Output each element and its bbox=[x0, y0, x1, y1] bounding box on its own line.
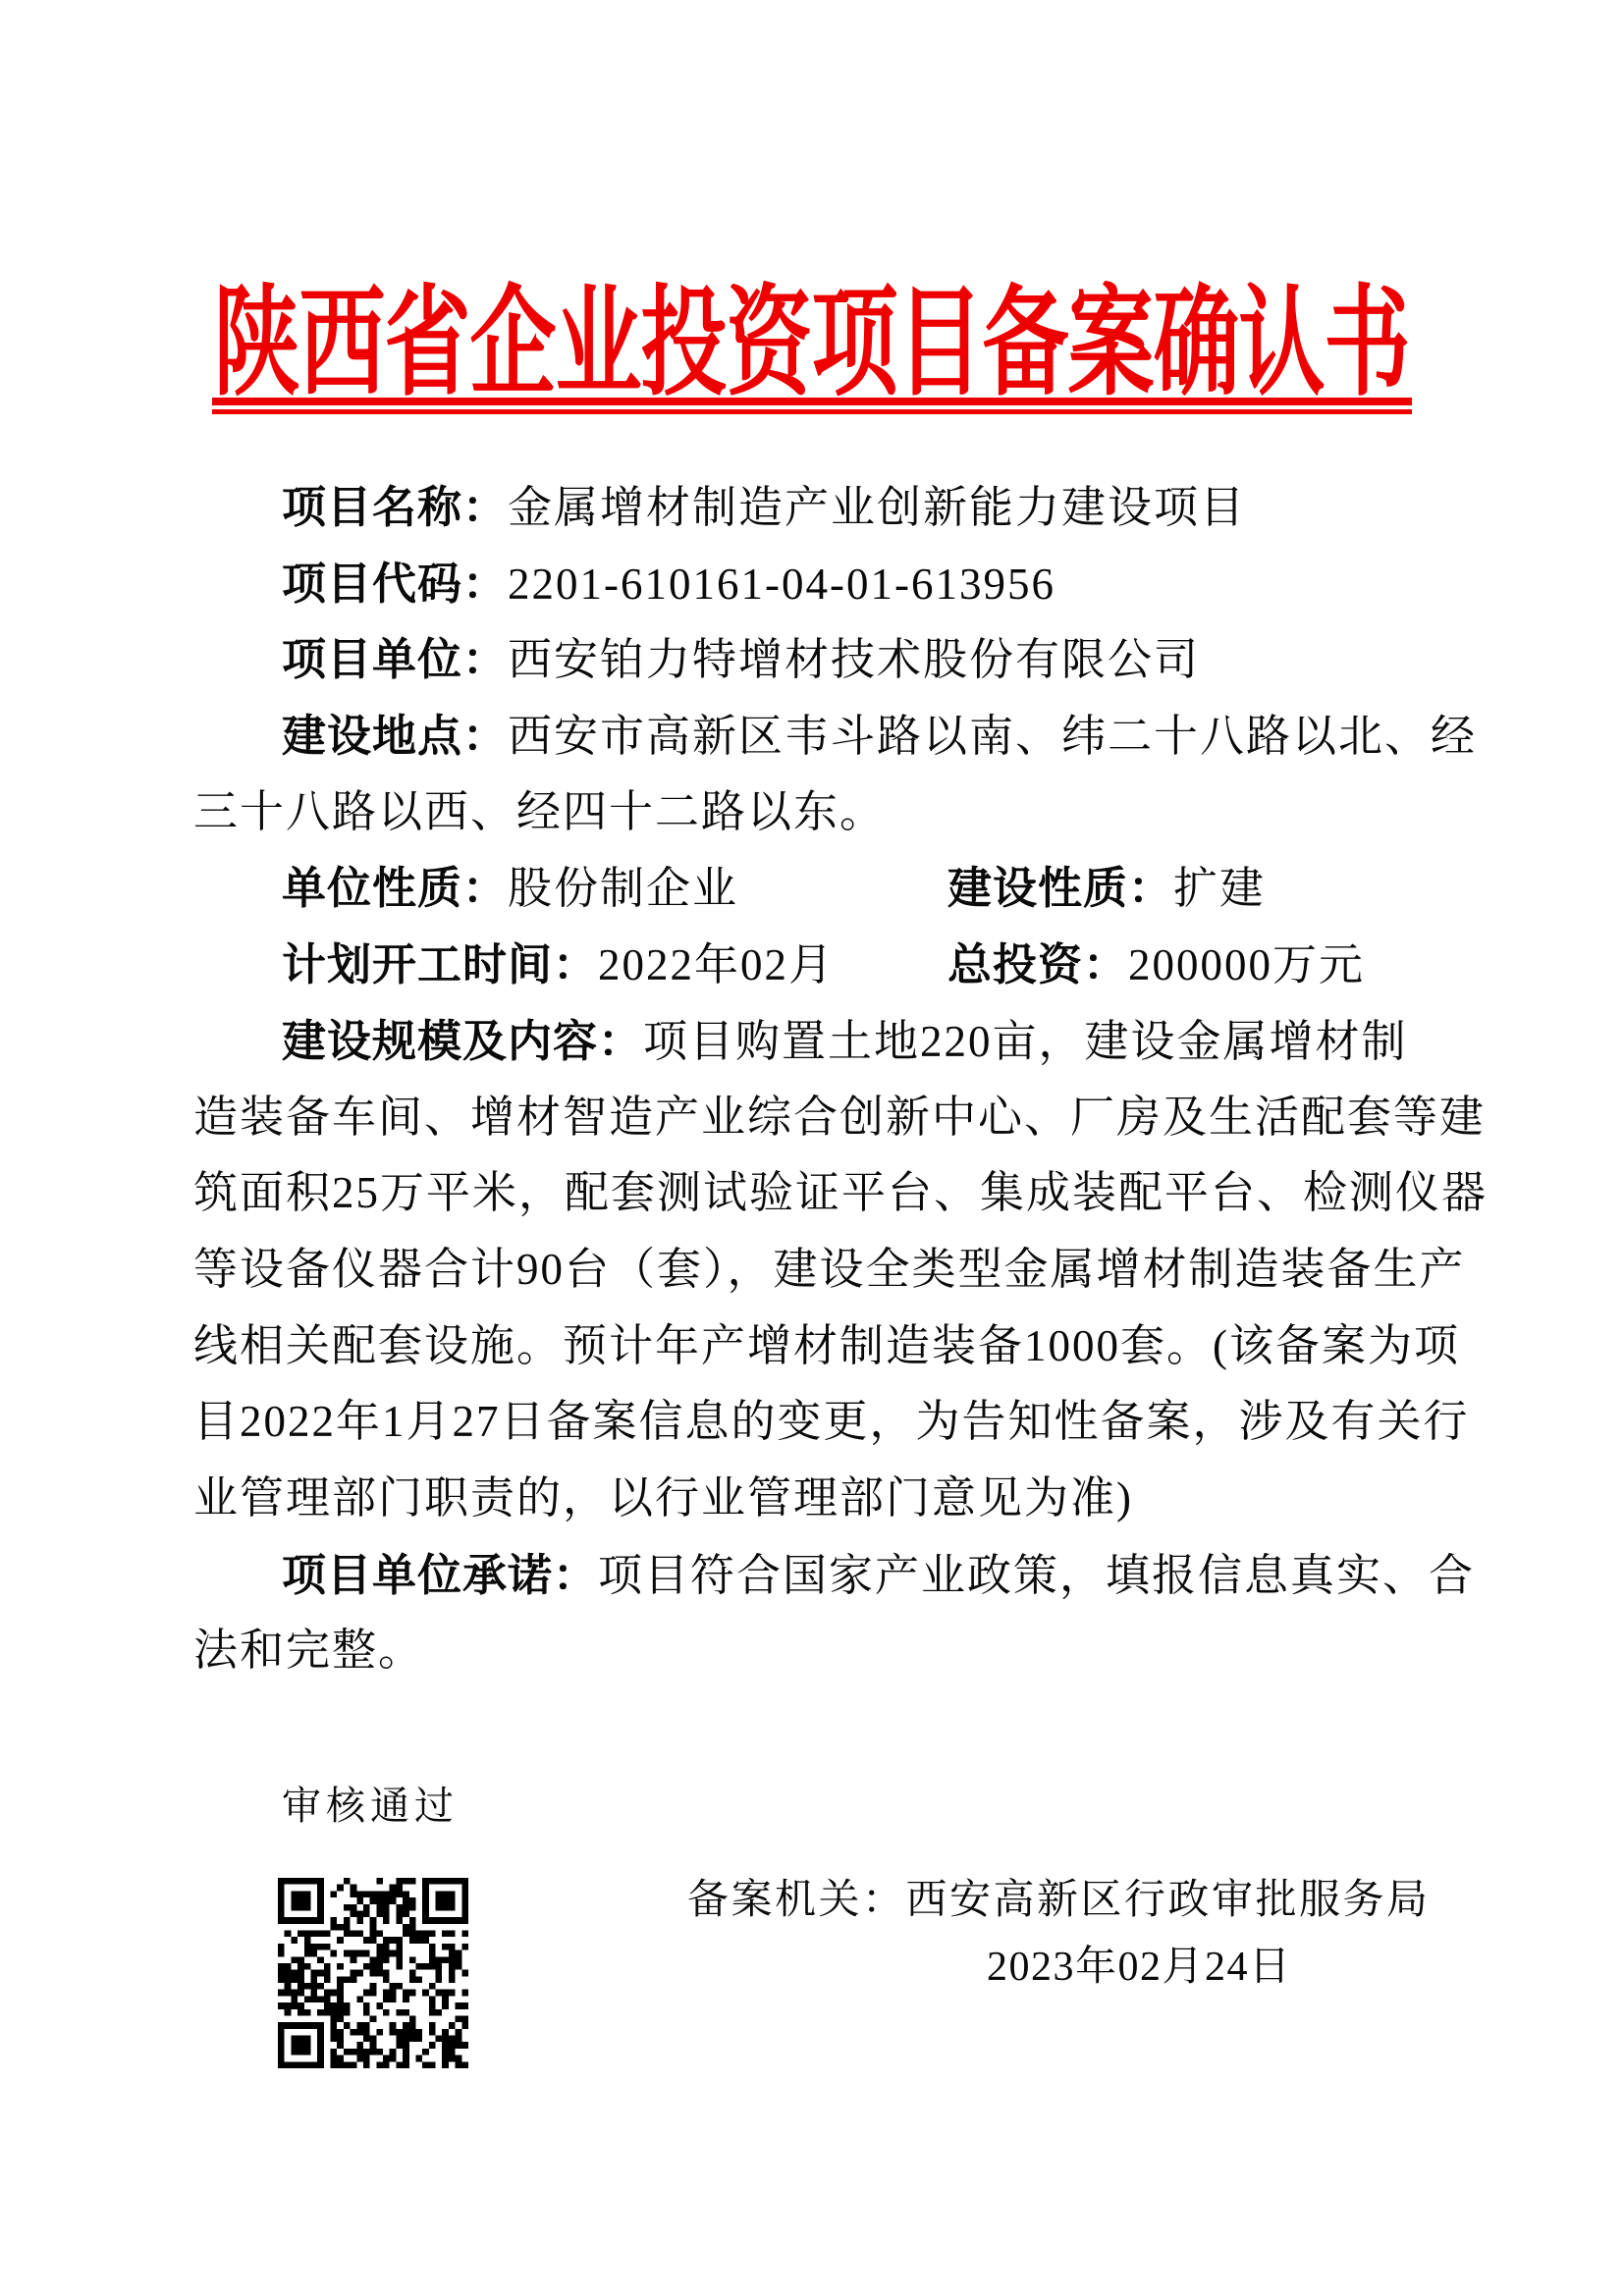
field-row-scale-wrap: 筑面积25万平米，配套测试验证平台、集成装配平台、检测仪器 bbox=[193, 1155, 1442, 1232]
page-title-text: 陕西省企业投资项目备案确认书 bbox=[213, 248, 1409, 419]
field-row-scale-wrap: 等设备仪器合计90台（套），建设全类型金属增材制造装备生产 bbox=[193, 1232, 1442, 1308]
field-value: 法和完整。 bbox=[193, 1626, 424, 1675]
field-value: 2022年02月 bbox=[598, 940, 835, 989]
field-row-project-name: 项目名称：金属增材制造产业创新能力建设项目 bbox=[193, 469, 1442, 546]
field-row-scale-wrap: 线相关配套设施。预计年产增材制造装备1000套。(该备案为项 bbox=[193, 1308, 1442, 1385]
qr-code bbox=[278, 1878, 468, 2068]
field-row-scale-wrap: 造装备车间、增材智造产业综合创新中心、厂房及生活配套等建 bbox=[193, 1080, 1442, 1156]
field-row-commitment-wrap: 法和完整。 bbox=[193, 1613, 1442, 1689]
field-label: 建设地点： bbox=[282, 711, 508, 761]
field-row-scale: 建设规模及内容：项目购置土地220亩，建设金属增材制 bbox=[193, 1003, 1442, 1080]
field-row-build-nature: 建设性质：扩建 bbox=[947, 850, 1266, 928]
field-label: 单位性质： bbox=[282, 863, 508, 913]
field-value: 西安市高新区韦斗路以南、纬二十八路以北、经 bbox=[508, 712, 1477, 761]
title-divider bbox=[212, 398, 1412, 414]
filing-authority-label: 备案机关： bbox=[687, 1878, 906, 1923]
field-value: 筑面积25万平米，配套测试验证平台、集成装配平台、检测仪器 bbox=[193, 1168, 1488, 1217]
field-row-natures: 单位性质：股份制企业 建设性质：扩建 bbox=[193, 850, 1442, 927]
field-row-project-code: 项目代码：2201-610161-04-01-613956 bbox=[193, 546, 1442, 622]
field-row-commitment: 项目单位承诺：项目符合国家产业政策，填报信息真实、合 bbox=[193, 1537, 1442, 1614]
field-row-project-unit: 项目单位：西安铂力特增材技术股份有限公司 bbox=[193, 621, 1442, 698]
field-value: 扩建 bbox=[1173, 864, 1266, 913]
field-label: 项目单位： bbox=[282, 634, 508, 684]
field-value: 造装备车间、增材智造产业综合创新中心、厂房及生活配套等建 bbox=[193, 1093, 1486, 1142]
field-value: 业管理部门职责的，以行业管理部门意见为准) bbox=[193, 1473, 1133, 1522]
field-label: 项目代码： bbox=[282, 559, 508, 609]
document-body: 项目名称：金属增材制造产业创新能力建设项目 项目代码：2201-610161-0… bbox=[193, 469, 1442, 1689]
field-label: 项目名称： bbox=[282, 482, 508, 532]
field-label: 建设规模及内容： bbox=[282, 1016, 643, 1066]
document-page: 陕西省企业投资项目备案确认书 项目名称：金属增材制造产业创新能力建设项目 项目代… bbox=[0, 0, 1623, 2296]
page-title: 陕西省企业投资项目备案确认书 bbox=[0, 248, 1623, 372]
filing-date: 2023年02月24日 bbox=[987, 1940, 1292, 1995]
field-value: 线相关配套设施。预计年产增材制造装备1000套。(该备案为项 bbox=[193, 1321, 1460, 1370]
field-value: 股份制企业 bbox=[508, 864, 738, 913]
field-label: 总投资： bbox=[947, 939, 1128, 989]
field-value: 目2022年1月27日备案信息的变更，为告知性备案，涉及有关行 bbox=[193, 1397, 1470, 1446]
field-row-total-investment: 总投资：200000万元 bbox=[947, 927, 1365, 1004]
field-row-time-investment: 计划开工时间：2022年02月 总投资：200000万元 bbox=[193, 927, 1442, 1003]
field-row-scale-wrap: 业管理部门职责的，以行业管理部门意见为准) bbox=[193, 1461, 1442, 1537]
field-row-location: 建设地点：西安市高新区韦斗路以南、纬二十八路以北、经 bbox=[193, 698, 1442, 774]
field-value: 项目符合国家产业政策，填报信息真实、合 bbox=[598, 1551, 1475, 1600]
field-label: 项目单位承诺： bbox=[282, 1550, 598, 1600]
field-value: 三十八路以西、经四十二路以东。 bbox=[193, 787, 886, 836]
field-value: 项目购置土地220亩，建设金属增材制 bbox=[643, 1017, 1408, 1066]
field-value: 金属增材制造产业创新能力建设项目 bbox=[508, 483, 1246, 532]
field-label: 计划开工时间： bbox=[282, 939, 598, 989]
field-row-scale-wrap: 目2022年1月27日备案信息的变更，为告知性备案，涉及有关行 bbox=[193, 1384, 1442, 1461]
field-value: 等设备仪器合计90台（套），建设全类型金属增材制造装备生产 bbox=[193, 1245, 1466, 1294]
field-value: 西安铂力特增材技术股份有限公司 bbox=[508, 635, 1200, 684]
field-row-location-wrap: 三十八路以西、经四十二路以东。 bbox=[193, 774, 1442, 851]
filing-authority-value: 西安高新区行政审批服务局 bbox=[906, 1878, 1431, 1923]
field-value: 2201-610161-04-01-613956 bbox=[508, 560, 1055, 609]
filing-authority-line: 备案机关：西安高新区行政审批服务局 bbox=[687, 1873, 1431, 1928]
review-status: 审核通过 bbox=[282, 1779, 459, 1834]
field-value: 200000万元 bbox=[1128, 940, 1365, 989]
field-label: 建设性质： bbox=[947, 863, 1173, 913]
